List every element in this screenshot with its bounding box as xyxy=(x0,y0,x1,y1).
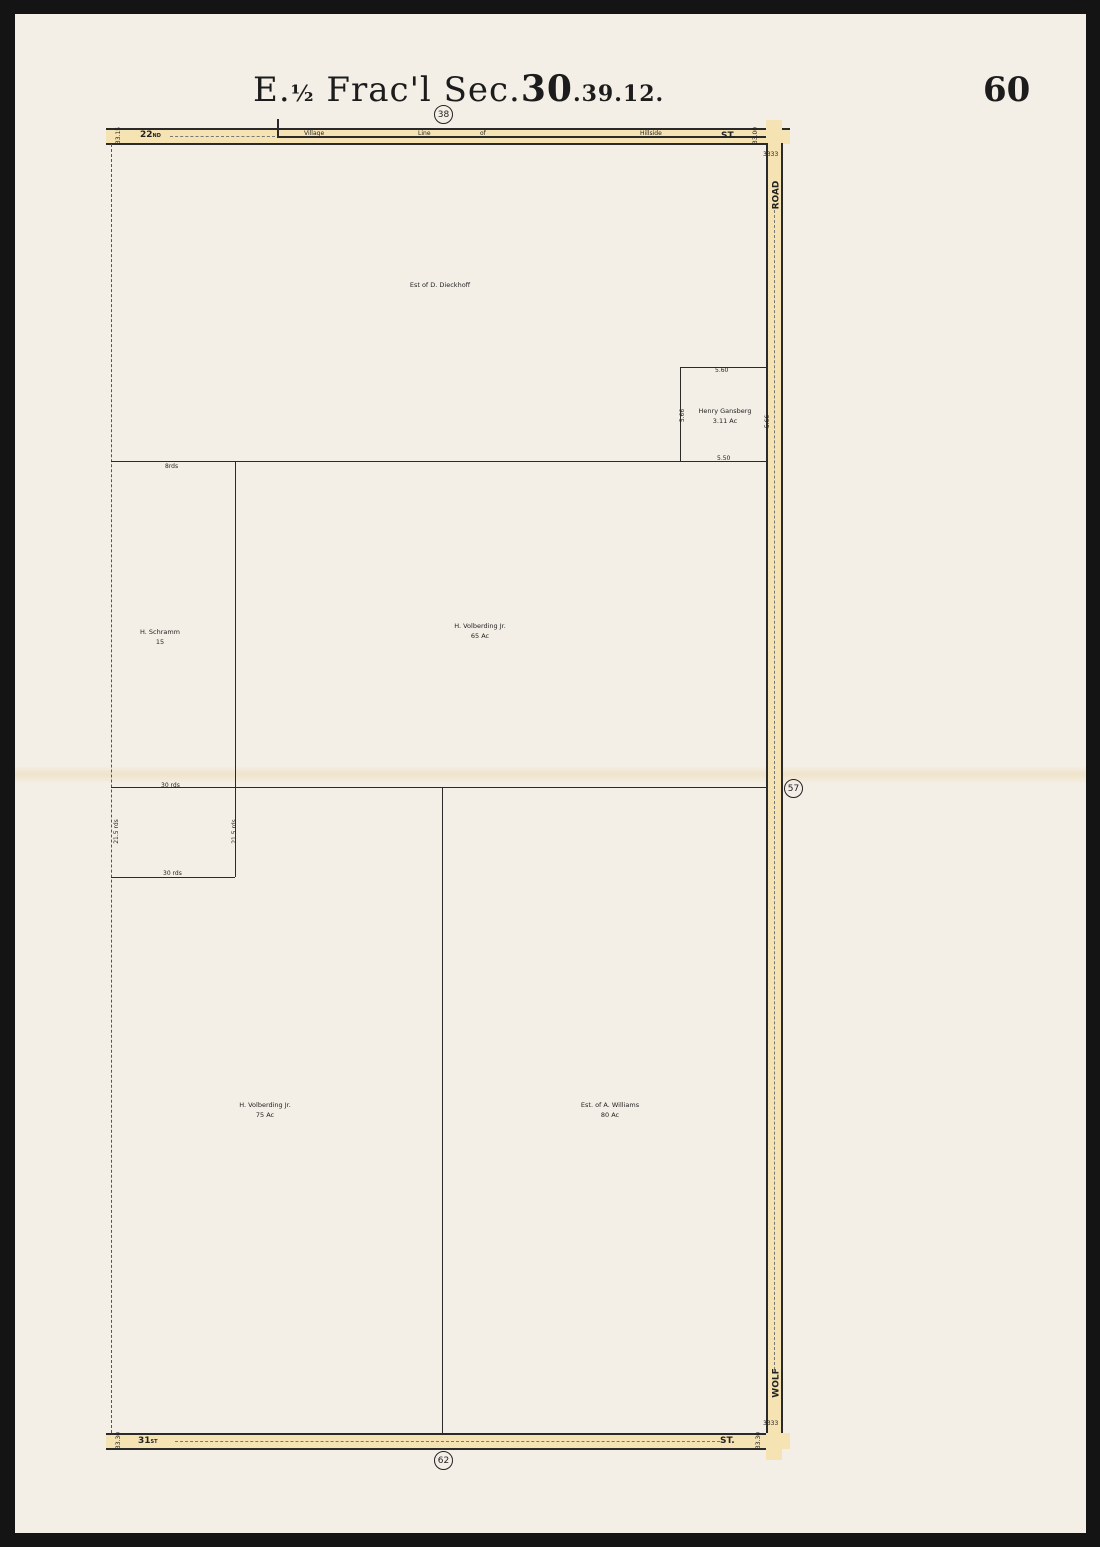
schramm-east-line xyxy=(235,461,236,877)
east-road-edge xyxy=(766,143,768,1433)
north-centerline xyxy=(170,136,275,137)
title-suffix: .39.12. xyxy=(573,81,664,107)
village-word-3: of xyxy=(480,130,486,137)
south-street-number: 31ST xyxy=(138,1436,158,1446)
small-parcel-dim-right: 21.5 rds xyxy=(231,819,238,844)
map-title: E.½ Frac'l Sec.30.39.12. xyxy=(253,68,664,110)
map-sheet xyxy=(15,14,1086,1533)
south-width-east: 33.30 xyxy=(755,1432,762,1449)
gansberg-dim-right: 5.66 xyxy=(764,415,771,428)
gansberg-dim-bottom: 5.50 xyxy=(717,455,730,462)
adjacent-page-north[interactable]: 38 xyxy=(434,105,453,124)
north-street-type: ST. xyxy=(721,131,736,141)
east-road-centerline xyxy=(774,210,775,1370)
east-road-edge xyxy=(781,143,783,1433)
south-centerline xyxy=(175,1441,720,1442)
page-number: 60 xyxy=(983,70,1030,110)
east-width-top: 3333 xyxy=(763,151,778,158)
south-street-edge xyxy=(106,1448,766,1450)
village-line-tick xyxy=(277,119,279,137)
parcel-williams[interactable]: Est. of A. Williams 80 Ac xyxy=(565,1100,655,1121)
village-word-2: Line xyxy=(418,130,431,137)
north-street-edge xyxy=(106,143,766,145)
north-street-edge xyxy=(106,128,790,130)
schramm-top-label: 8rds xyxy=(165,463,178,470)
south-street-edge xyxy=(106,1433,766,1435)
road-name-bottom: WOLF xyxy=(772,1368,782,1397)
williams-west-line xyxy=(442,787,443,1433)
adjacent-page-south[interactable]: 62 xyxy=(434,1451,453,1470)
road-name-top: ROAD xyxy=(771,181,781,210)
north-width-east: 33.00 xyxy=(752,127,759,144)
south-street-type: ST. xyxy=(720,1436,735,1446)
title-section: 30 xyxy=(521,68,573,110)
village-word-4: Hillside xyxy=(640,130,662,137)
parcel-gansberg[interactable]: Henry Gansberg 3.11 Ac xyxy=(690,406,760,427)
small-parcel-dim-left: 21.5 rds xyxy=(113,819,120,844)
title-fraction: ½ xyxy=(291,81,315,107)
village-line xyxy=(277,136,766,138)
small-parcel-dim-top: 30 rds xyxy=(161,782,180,789)
north-width-west: 33.15 xyxy=(115,127,122,144)
village-word-1: Village xyxy=(304,130,324,137)
dieckhoff-south-line xyxy=(111,461,766,462)
north-street-number: 22ND xyxy=(140,130,161,140)
title-main: Frac'l Sec. xyxy=(326,70,520,110)
parcel-dieckhoff[interactable]: Est of D. Dieckhoff xyxy=(390,280,490,290)
parcel-schramm[interactable]: H. Schramm 15 xyxy=(130,627,190,648)
gansberg-dim-top: 5.60 xyxy=(715,367,728,374)
adjacent-page-east[interactable]: 57 xyxy=(784,779,803,798)
title-prefix: E. xyxy=(253,70,291,110)
gansberg-dim-left: 5.66 xyxy=(679,409,686,422)
small-parcel-south-line xyxy=(111,877,235,878)
south-width-west: 33.30 xyxy=(115,1432,122,1449)
west-section-line xyxy=(111,144,112,1433)
parcel-volberding-south[interactable]: H. Volberding Jr. 75 Ac xyxy=(225,1100,305,1121)
parcel-volberding-north[interactable]: H. Volberding Jr. 65 Ac xyxy=(430,621,530,642)
east-width-bottom: 3333 xyxy=(763,1420,778,1427)
small-parcel-dim-bottom: 30 rds xyxy=(163,870,182,877)
mid-section-line xyxy=(111,787,766,788)
